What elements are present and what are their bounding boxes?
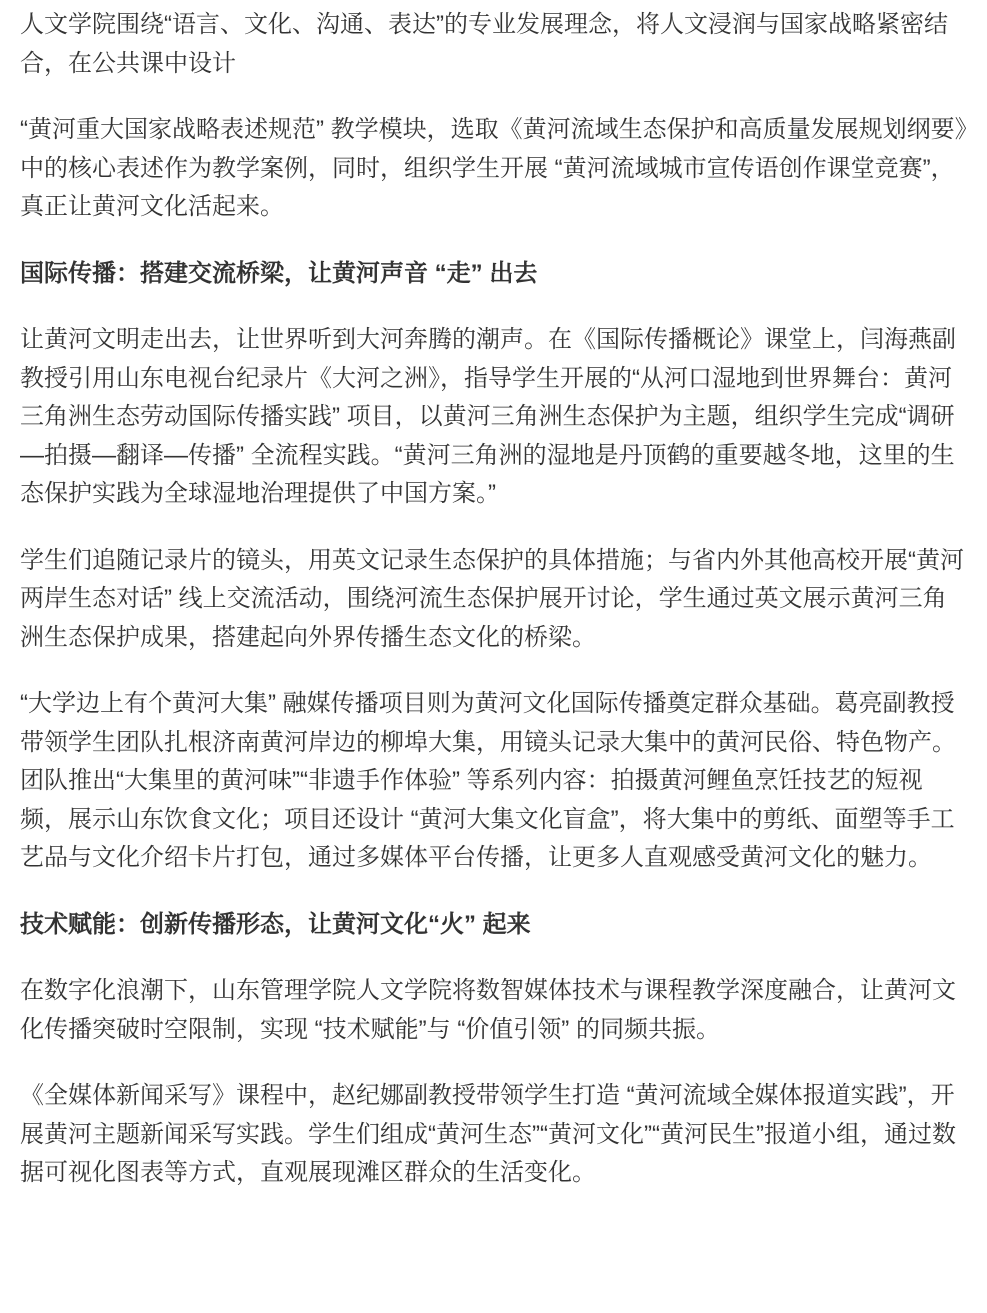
paragraph-international-course: 让黄河文明走出去，让世界听到大河奔腾的潮声。在《国际传播概论》课堂上，闫海燕副教… bbox=[20, 321, 967, 514]
section-heading-international-communication: 国际传播：搭建交流桥梁，让黄河声音 “走” 出去 bbox=[20, 255, 967, 294]
paragraph-intro: 人文学院围绕“语言、文化、沟通、表达”的专业发展理念，将人文浸润与国家战略紧密结… bbox=[20, 6, 967, 83]
paragraph-student-dialogue: 学生们追随记录片的镜头，用英文记录生态保护的具体措施；与省内外其他高校开展“黄河… bbox=[20, 542, 967, 658]
paragraph-news-writing-course: 《全媒体新闻采写》课程中，赵纪娜副教授带领学生打造 “黄河流域全媒体报道实践”，… bbox=[20, 1077, 967, 1193]
paragraph-teaching-module: “黄河重大国家战略表述规范” 教学模块，选取《黄河流域生态保护和高质量发展规划纲… bbox=[20, 111, 967, 227]
paragraph-digital-media: 在数字化浪潮下，山东管理学院人文学院将数智媒体技术与课程教学深度融合，让黄河文化… bbox=[20, 972, 967, 1049]
section-heading-technology-empowerment: 技术赋能：创新传播形态，让黄河文化“火” 起来 bbox=[20, 906, 967, 945]
article-body: 人文学院围绕“语言、文化、沟通、表达”的专业发展理念，将人文浸润与国家战略紧密结… bbox=[0, 0, 987, 1251]
paragraph-yellow-river-market: “大学边上有个黄河大集” 融媒传播项目则为黄河文化国际传播奠定群众基础。葛亮副教… bbox=[20, 685, 967, 878]
